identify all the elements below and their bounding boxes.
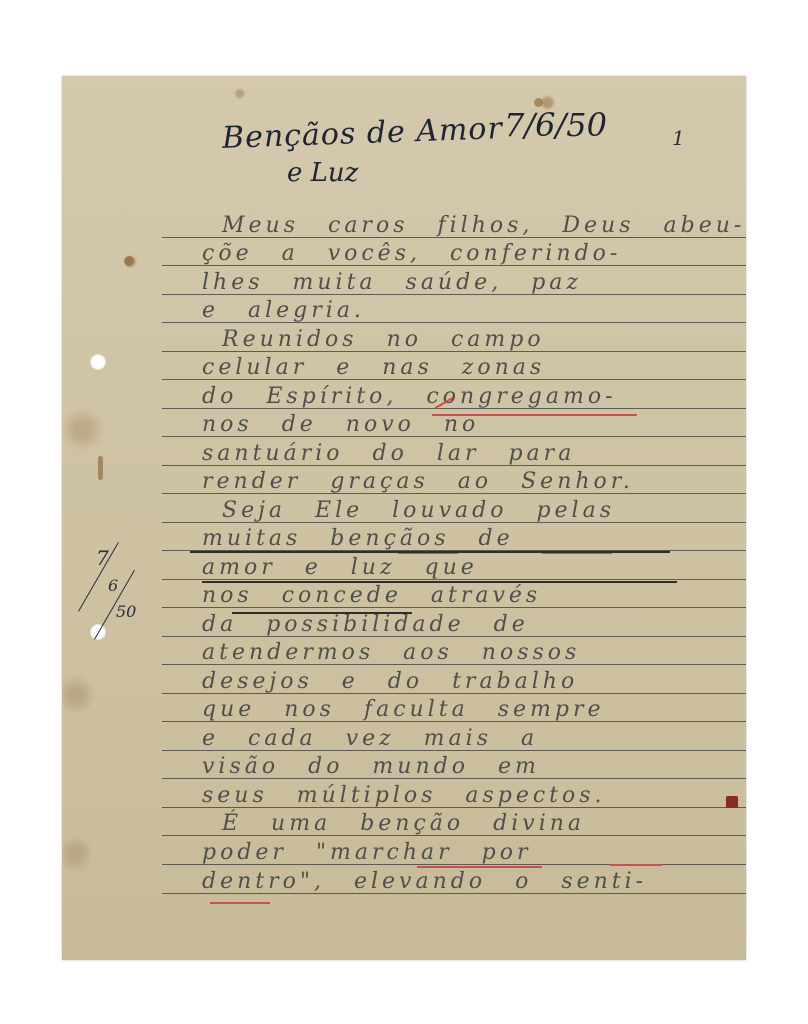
rust-stain — [98, 456, 103, 480]
handwritten-line: visão do mundo em — [202, 753, 716, 781]
dark-underline — [202, 581, 677, 583]
page-number: 1 — [672, 126, 685, 150]
handwritten-line: e alegria. — [202, 297, 716, 325]
handwritten-line: e cada vez mais a — [202, 725, 716, 753]
dark-underline — [232, 612, 412, 614]
handwritten-line: Meus caros filhos, Deus abeu- — [222, 212, 716, 240]
red-correction-mark — [726, 796, 738, 808]
manuscript-page: Bençãos de Amor e Luz 7/6/50 1 7 6 50 Me… — [62, 76, 746, 960]
handwritten-line: seus múltiplos aspectos. — [202, 782, 716, 810]
red-underline-dentro — [210, 902, 270, 904]
handwritten-line: santuário do lar para — [202, 440, 716, 468]
dark-underline — [190, 551, 670, 553]
handwritten-line: desejos e do trabalho — [202, 668, 716, 696]
margin-date-year: 50 — [116, 602, 136, 621]
handwritten-line: Seja Ele louvado pelas — [222, 497, 716, 525]
handwritten-line: que nos faculta sempre — [202, 696, 716, 724]
foxing-spot — [124, 256, 134, 266]
document-date: 7/6/50 — [504, 106, 607, 144]
handwritten-line: çõe a vocês, conferindo- — [202, 240, 716, 268]
document-title-continued: e Luz — [287, 158, 358, 188]
handwritten-line: amor e luz que — [202, 554, 716, 582]
margin-date-month: 6 — [108, 576, 118, 595]
handwritten-line: atendermos aos nossos — [202, 639, 716, 667]
handwritten-line: render graças ao Senhor. — [202, 468, 716, 496]
handwritten-line: lhes muita saúde, paz — [202, 269, 716, 297]
handwritten-line: poder "marchar por — [202, 839, 716, 867]
handwritten-line: nos concede através — [202, 582, 716, 610]
red-underline-congregamos — [432, 414, 637, 416]
handwritten-line: do Espírito, congregamo- — [202, 383, 716, 411]
handwritten-line: dentro", elevando o senti- — [202, 868, 716, 896]
handwritten-line: muitas bençãos de — [202, 525, 716, 553]
red-underline-marchar — [417, 866, 542, 868]
margin-date-annotation: 7 6 50 — [90, 546, 150, 626]
handwritten-line: celular e nas zonas — [202, 354, 716, 382]
handwritten-line: da possibilidade de — [202, 611, 716, 639]
handwritten-line: É uma benção divina — [222, 810, 716, 838]
red-underline-por — [610, 864, 662, 866]
punch-hole-top — [90, 354, 106, 370]
document-title: Bençãos de Amor — [221, 111, 503, 156]
handwritten-line: Reunidos no campo — [222, 326, 716, 354]
